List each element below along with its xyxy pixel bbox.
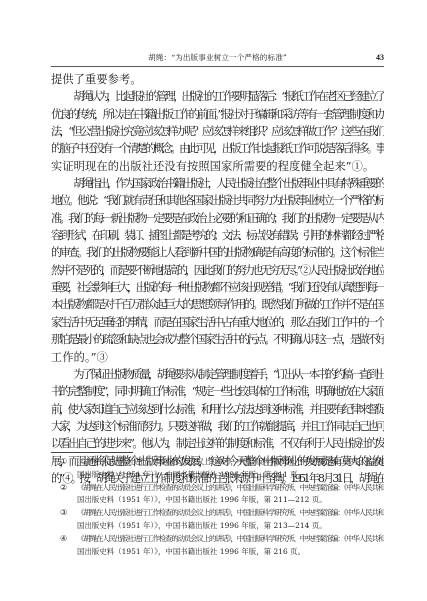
text-line: 为了保证出版物质量，胡绳要求从制定管理制度着手，“订出从一本书的约稿一直到出 <box>51 366 384 383</box>
footnote-1: ① 《胡绳在人民出版社进行工作检查的动员会议上的讲话》，中国出版科学研究所、中央… <box>60 456 384 482</box>
text-line: 书的完整制度”，同时明确工作标准，“规定一些比较具体的工作标准，明确地放在大家面 <box>51 383 384 400</box>
footnote-marker: ③ <box>60 507 67 520</box>
body-text: 提供了重要参考。 胡绳认为，比起报社的管理，出版社的工作要明显落后：“报纸工作在… <box>51 71 384 487</box>
text-line: 那怕是最小的疏忽和缺点也会成为整个国家生活中的污点。不明确认识这一点，是做不好 <box>51 331 384 348</box>
text-line: 大家，为达到这个标准而努力。只要这样做，我们的工作就能提高，并且工作同志自己也可 <box>51 418 384 435</box>
footnote-line: 国出版史料（1951 年）》，中国书籍出版社 1996 年版，第 211—212… <box>77 494 384 507</box>
footnote-line: 国出版史料（1951 年）》，中国书籍出版社 1996 年版，第 211 页。 <box>77 469 384 482</box>
footnotes: ① 《胡绳在人民出版社进行工作检查的动员会议上的讲话》，中国出版科学研究所、中央… <box>60 456 384 558</box>
running-header: 胡绳：“为出版事业树立一个严格的标准” 43 <box>51 51 384 65</box>
text-line: 本出版物都是对千百万群众起巨大的思想领导作用的。既然我们所做的工作并不是在国 <box>51 296 384 313</box>
paragraph: 提供了重要参考。 <box>51 71 384 88</box>
footnote-line: 《胡绳在人民出版社进行工作检查的动员会议上的讲话》，中国出版科学研究所、中央档案… <box>77 482 384 495</box>
footnote-line: 《胡绳在人民出版社进行工作检查的动员会议上的讲话》，中国出版科学研究所、中央档案… <box>77 533 384 546</box>
text-line: 前，使大家知道自己应该达到什么标准，和用什么方法达到这种标准，并且要有纪律来督促 <box>51 401 384 418</box>
footnote-rule <box>51 452 133 453</box>
footnote-2: ② 《胡绳在人民出版社进行工作检查的动员会议上的讲话》，中国出版科学研究所、中央… <box>60 482 384 508</box>
footnote-4: ④ 《胡绳在人民出版社进行工作检查的动员会议上的讲话》，中国出版科学研究所、中央… <box>60 533 384 559</box>
paragraph: 胡绳认为，比起报社的管理，出版社的工作要明显落后：“报纸工作在老区已经建立了 优… <box>51 88 384 175</box>
text-line: 胡绳指出，作为国家政治书籍出版社，人民出版社在整个出版事业中具有特殊重要的 <box>51 175 384 192</box>
paragraph: 胡绳指出，作为国家政治书籍出版社，人民出版社在整个出版事业中具有特殊重要的 地位… <box>51 175 384 366</box>
text-line: 准。我们的每一新出版物一定要是在政治上必要的和正确的；我们的出版物一定要是从内 <box>51 210 384 227</box>
text-line: 家生活中无足重轻的事情，而是在国家生活中占有重大地位的，那么在我们工作中的一个 <box>51 314 384 331</box>
footnote-line: 国出版史料（1951 年）》，中国书籍出版社 1996 年版，第 216 页。 <box>77 546 384 559</box>
text-line: 然并不是死的，而是要不断地提高的，因此我们的努力也无穷无尽。”②人民出版社政治地… <box>51 262 384 279</box>
text-line: 工作的。”③ <box>51 349 384 366</box>
text-line: 的脑子中还没有一个清楚的概念。由此可见，出版工作比起报纸工作可说是落后得多。事 <box>51 140 384 157</box>
footnote-marker: ② <box>60 482 67 495</box>
text-line: 以看出自己的进步来”。他认为，制定出这样的制度和标准，不仅有利于人民出版社的发 <box>51 435 384 452</box>
text-line: 容到形式，在印刷、装订、插图上都是考究的；文法、标点没有错误；引用的材料都经过严… <box>51 227 384 244</box>
text-line: 重要，社会影响巨大，出版的每一种出版物都不应该出现差错。“我们还没有认真想到每一 <box>51 279 384 296</box>
footnote-line: 国出版史料（1951 年）》，中国书籍出版社 1996 年版，第 213—214… <box>77 520 384 533</box>
footnote-3: ③ 《胡绳在人民出版社进行工作检查的动员会议上的讲话》，中国出版科学研究所、中央… <box>60 507 384 533</box>
header-rule <box>51 66 384 67</box>
text-line: 胡绳认为，比起报社的管理，出版社的工作要明显落后：“报纸工作在老区已经建立了 <box>51 88 384 105</box>
footnote-marker: ④ <box>60 533 67 546</box>
text-line: 提供了重要参考。 <box>51 71 384 88</box>
text-line: 的审查。我们的出版物要能让人看到新中国的出版物确是有高度的标准的。这个标准当 <box>51 244 384 261</box>
running-header-title: 胡绳：“为出版事业树立一个严格的标准” <box>51 51 384 65</box>
text-line: 地位。他说：“我们就有责任和其他各国家出版社共同努力为出版事业树立一个严格的标 <box>51 192 384 209</box>
text-line: 法，“但公营出版社究竟应该怎样办呢？应该怎样来组织？应该怎样做工作？这些在我们 <box>51 123 384 140</box>
text-line: 优良的传统，所以走在书籍出版工作的前面。”报社对于编辑和采访等有一套管理制度和办 <box>51 106 384 123</box>
page-number: 43 <box>376 51 384 65</box>
footnote-line: 《胡绳在人民出版社进行工作检查的动员会议上的讲话》，中国出版科学研究所、中央档案… <box>77 507 384 520</box>
footnote-line: 《胡绳在人民出版社进行工作检查的动员会议上的讲话》，中国出版科学研究所、中央档案… <box>77 456 384 469</box>
footnote-marker: ① <box>60 456 67 469</box>
text-line: 实证明现在的出版社还没有按照国家所需要的程度健全起来”①。 <box>51 158 384 175</box>
